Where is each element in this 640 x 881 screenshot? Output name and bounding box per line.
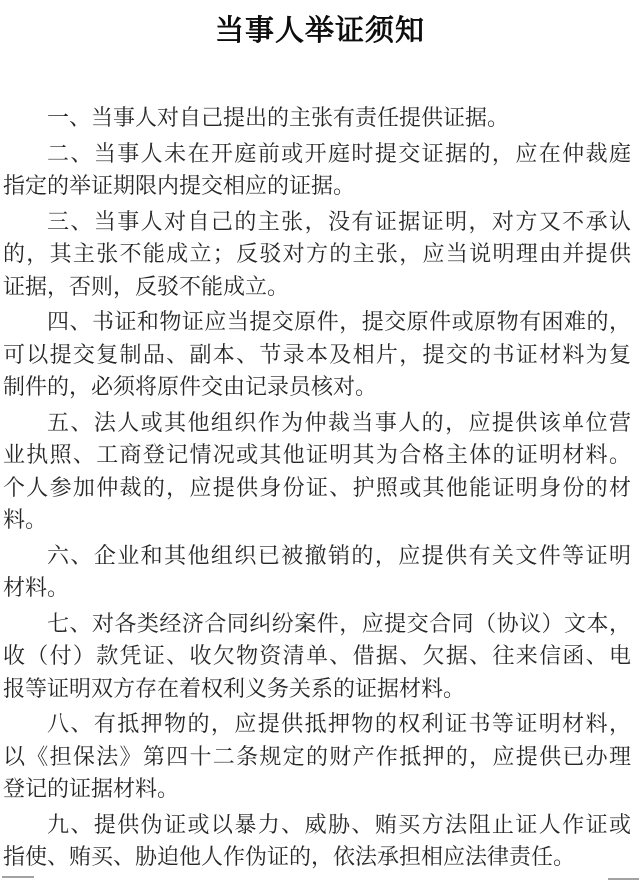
paragraph: 五、法人或其他组织作为仲裁当事人的，应提供该单位营业执照、工商登记情况或其他证明… xyxy=(3,407,631,537)
document-line: 材料。 xyxy=(3,572,631,605)
document-line: 四、书证和物证应当提交原件，提交原件或原物有困难的， xyxy=(3,306,631,339)
document-line: 九、提供伪证或以暴力、威胁、贿买方法阻止证人作证或 xyxy=(3,809,631,842)
document-line: 三、当事人对自己的主张，没有证据证明，对方又不承认 xyxy=(3,206,631,239)
paragraph: 七、对各类经济合同纠纷案件，应提交合同（协议）文本，收（付）款凭证、收欠物资清单… xyxy=(3,608,631,706)
paragraph: 六、企业和其他组织已被撤销的，应提供有关文件等证明材料。 xyxy=(3,540,631,605)
paragraph: 三、当事人对自己的主张，没有证据证明，对方又不承认的，其主张不能成立；反驳对方的… xyxy=(3,206,631,304)
document-title: 当事人举证须知 xyxy=(0,13,640,49)
document-line: 料。 xyxy=(3,504,631,537)
document-line: 六、企业和其他组织已被撤销的，应提供有关文件等证明 xyxy=(3,540,631,573)
document-line: 证据，否则，反驳不能成立。 xyxy=(3,271,631,304)
document-line: 指使、贿买、胁迫他人作伪证的，依法承担相应法律责任。 xyxy=(3,841,631,874)
document-line: 指定的举证期限内提交相应的证据。 xyxy=(3,170,631,203)
bottom-right-edge-line xyxy=(608,878,639,880)
document-line: 制件的，必须将原件交由记录员核对。 xyxy=(3,371,631,404)
paragraph: 九、提供伪证或以暴力、威胁、贿买方法阻止证人作证或指使、贿买、胁迫他人作伪证的，… xyxy=(3,809,631,874)
document-page: 当事人举证须知 一、当事人对自己提出的主张有责任提供证据。二、当事人未在开庭前或… xyxy=(0,0,640,881)
document-line: 以《担保法》第四十二条规定的财产作抵押的，应提供已办理 xyxy=(3,741,631,774)
document-line: 五、法人或其他组织作为仲裁当事人的，应提供该单位营 xyxy=(3,407,631,440)
document-line: 收（付）款凭证、收欠物资清单、借据、欠据、往来信函、电 xyxy=(3,640,631,673)
document-line: 的，其主张不能成立；反驳对方的主张，应当说明理由并提供 xyxy=(3,238,631,271)
document-line: 八、有抵押物的，应提供抵押物的权利证书等证明材料， xyxy=(3,708,631,741)
paragraph: 一、当事人对自己提出的主张有责任提供证据。 xyxy=(3,102,631,135)
document-line: 一、当事人对自己提出的主张有责任提供证据。 xyxy=(3,102,631,135)
document-line: 可以提交复制品、副本、节录本及相片，提交的书证材料为复 xyxy=(3,339,631,372)
document-line: 报等证明双方存在着权利义务关系的证据材料。 xyxy=(3,673,631,706)
bottom-left-edge-line xyxy=(2,876,34,878)
document-line: 登记的证据材料。 xyxy=(3,773,631,806)
paragraph: 二、当事人未在开庭前或开庭时提交证据的，应在仲裁庭指定的举证期限内提交相应的证据… xyxy=(3,138,631,203)
document-line: 个人参加仲裁的，应提供身份证、护照或其他能证明身份的材 xyxy=(3,472,631,505)
paragraph: 八、有抵押物的，应提供抵押物的权利证书等证明材料，以《担保法》第四十二条规定的财… xyxy=(3,708,631,806)
document-body: 一、当事人对自己提出的主张有责任提供证据。二、当事人未在开庭前或开庭时提交证据的… xyxy=(0,102,640,874)
document-line: 二、当事人未在开庭前或开庭时提交证据的，应在仲裁庭 xyxy=(3,138,631,171)
document-line: 业执照、工商登记情况或其他证明其为合格主体的证明材料。 xyxy=(3,439,631,472)
document-line: 七、对各类经济合同纠纷案件，应提交合同（协议）文本， xyxy=(3,608,631,641)
paragraph: 四、书证和物证应当提交原件，提交原件或原物有困难的，可以提交复制品、副本、节录本… xyxy=(3,306,631,404)
